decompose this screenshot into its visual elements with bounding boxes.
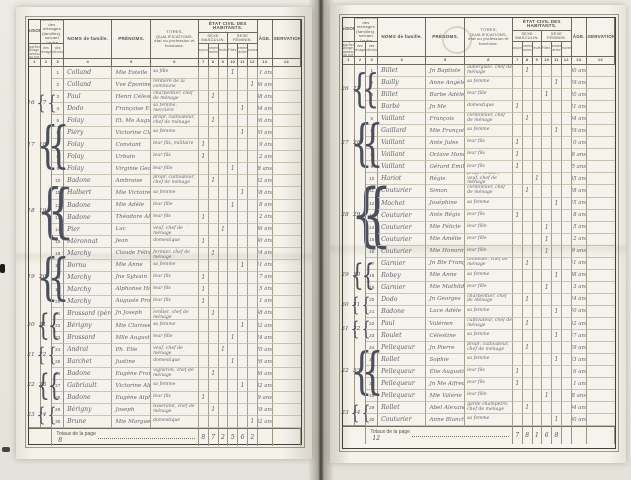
civil-tally-cell	[552, 234, 562, 246]
civil-tally-cell	[219, 392, 229, 404]
family-name: Piéry	[64, 127, 112, 139]
given-name: Virginie Georgette	[112, 163, 151, 175]
observation-cell	[587, 318, 615, 330]
group-brace: {	[48, 91, 51, 115]
given-name: Mie Victoire	[112, 187, 151, 199]
civil-tally-cell	[552, 161, 562, 173]
civil-tally-cell: 1	[513, 137, 523, 149]
title-qualification: leur fils	[151, 296, 199, 308]
civil-tally-cell: 1	[238, 103, 248, 115]
household-group: 32{	[355, 317, 366, 341]
civil-tally-cell: 1	[199, 236, 209, 248]
civil-tally-cell: 1	[552, 354, 562, 366]
civil-tally-cell	[228, 103, 238, 115]
civil-tally-cell	[523, 101, 533, 113]
age-cell: 8 ans	[572, 149, 587, 161]
civil-tally-cell	[209, 212, 219, 224]
household-number: 21	[39, 322, 46, 328]
observation-cell	[587, 65, 615, 77]
civil-tally-cell	[513, 113, 523, 125]
age-cell: 18 ans	[572, 210, 587, 222]
civil-tally-cell: 1	[199, 392, 209, 404]
civil-tally-cell: 1	[228, 332, 238, 344]
group-brace: {	[48, 343, 51, 367]
age-cell: 52 ans	[258, 175, 273, 187]
household-number: 32	[353, 326, 360, 332]
civil-tally-cell	[533, 294, 543, 306]
age-cell: 66 ans	[258, 79, 273, 91]
civil-tally-cell	[562, 294, 572, 306]
civil-tally-cell	[219, 91, 229, 103]
civil-tally-cell: 1	[238, 127, 248, 139]
observation-cell	[273, 151, 301, 163]
given-name: Régis	[426, 173, 465, 185]
group-brace: {	[362, 65, 365, 113]
given-name: Mie Honorine	[426, 246, 465, 258]
title-qualification: vigneron, chef de ménage	[151, 368, 199, 380]
civil-tally-cell	[219, 404, 229, 416]
civil-tally-cell	[513, 185, 523, 197]
civil-tally-cell	[199, 404, 209, 416]
civil-tally-cell	[562, 173, 572, 185]
observation-cell	[587, 354, 615, 366]
given-name: Célestine	[426, 330, 465, 342]
civil-tally-cell	[228, 187, 238, 199]
household-number: 23	[39, 382, 46, 388]
given-name: Françoise Eulalie	[112, 103, 151, 115]
given-name: Claude Félix	[112, 248, 151, 260]
given-name: Abel Alexandre	[426, 402, 465, 414]
title-qualification: leur fille	[465, 222, 513, 234]
age-cell: 40 ans	[258, 127, 273, 139]
observation-cell	[273, 103, 301, 115]
household-group: 28{	[355, 113, 366, 173]
civil-tally-cell	[552, 294, 562, 306]
household-group: 27{	[355, 65, 366, 113]
totals-label-cell: Totaux de la page8	[52, 428, 199, 446]
given-name: Ambroise	[112, 175, 151, 187]
household-group: 29{	[355, 173, 366, 257]
observation-cell	[587, 113, 615, 125]
family-name: Paul	[64, 91, 112, 103]
civil-tally-cell	[562, 354, 572, 366]
civil-tally-cell	[219, 67, 229, 79]
totals-value	[562, 426, 572, 444]
family-name: Brune	[64, 416, 112, 428]
observation-cell	[587, 246, 615, 258]
age-cell: 11 ans	[258, 296, 273, 308]
civil-tally-cell	[209, 332, 219, 344]
family-name: Pellequeur	[378, 390, 426, 402]
civil-tally-cell	[228, 404, 238, 416]
civil-tally-cell	[533, 318, 543, 330]
civil-tally-cell: 1	[199, 212, 209, 224]
civil-tally-cell	[219, 139, 229, 151]
age-cell: 36 ans	[258, 368, 273, 380]
civil-tally-cell	[248, 187, 258, 199]
family-name: Vaillant	[378, 161, 426, 173]
family-name: Bérigny	[64, 404, 112, 416]
header-civil-4: Femmes mariées.	[238, 44, 248, 59]
header-individus-sub: des individus	[52, 44, 64, 59]
age-cell: 43 ans	[572, 354, 587, 366]
title-qualification: propr. cultivateur, chef de ménage	[151, 175, 199, 187]
age-cell: 11 ans	[258, 67, 273, 79]
observation-cell	[273, 212, 301, 224]
title-qualification: sa femme	[151, 260, 199, 272]
header-etat-civil: ÉTAT CIVIL DES HABITANTS.	[199, 20, 258, 33]
civil-tally-cell: 1	[542, 390, 552, 402]
family-name: Folay	[64, 115, 112, 127]
given-name: Joséphine	[426, 198, 465, 210]
title-qualification: sa femme	[465, 198, 513, 210]
civil-tally-cell	[209, 127, 219, 139]
totals-value: 5	[228, 428, 238, 446]
header-titres: TITRES, QUALIFICATIONS, état ou professi…	[465, 18, 513, 57]
title-qualification: leur fils	[465, 366, 513, 378]
civil-tally-cell	[542, 65, 552, 77]
family-name: Marchy	[64, 272, 112, 284]
civil-tally-cell	[219, 127, 229, 139]
header-civil-5: Veuves.	[248, 44, 258, 59]
civil-tally-cell	[199, 187, 209, 199]
age-cell: 41 ans	[258, 260, 273, 272]
civil-tally-cell	[209, 187, 219, 199]
civil-tally-cell: 1	[542, 222, 552, 234]
age-cell: 16 ans	[572, 366, 587, 378]
civil-tally-cell: 1	[228, 67, 238, 79]
given-name: Barbe Adèle	[426, 89, 465, 101]
age-cell: 44 ans	[572, 294, 587, 306]
header-column-number: 6	[465, 57, 513, 65]
civil-tally-cell	[238, 139, 248, 151]
age-cell: 50 ans	[572, 414, 587, 426]
civil-tally-cell	[562, 161, 572, 173]
civil-tally-cell: 1	[248, 79, 258, 91]
given-name: Jn Me	[426, 101, 465, 113]
age-cell: 10 ans	[572, 137, 587, 149]
title-qualification: leur fille	[465, 390, 513, 402]
civil-tally-cell	[533, 258, 543, 270]
given-name: Mie Anne	[426, 270, 465, 282]
civil-tally-cell: 1	[199, 284, 209, 296]
age-cell: 30 ans	[258, 236, 273, 248]
civil-tally-cell	[228, 175, 238, 187]
civil-tally-cell	[562, 270, 572, 282]
given-name: Joseph	[112, 404, 151, 416]
observation-cell	[587, 222, 615, 234]
civil-tally-cell	[513, 402, 523, 414]
civil-tally-cell	[228, 139, 238, 151]
totals-observations-blank	[587, 426, 615, 444]
title-qualification: leur fils	[151, 212, 199, 224]
given-name: Anne Angèle	[426, 77, 465, 89]
header-column-number: 13	[572, 57, 587, 65]
civil-tally-cell	[562, 234, 572, 246]
civil-tally-cell: 1	[199, 272, 209, 284]
age-cell: 13 ans	[572, 282, 587, 294]
menage-number-column: 27{28{29{30{31{32{33{34{	[355, 65, 367, 426]
civil-tally-cell	[209, 67, 219, 79]
age-cell: 29 ans	[572, 125, 587, 137]
title-qualification: cultivateur, chef de ménage	[465, 318, 513, 330]
civil-tally-cell	[228, 320, 238, 332]
civil-tally-cell	[552, 378, 562, 390]
given-name: François	[426, 113, 465, 125]
civil-tally-cell	[513, 354, 523, 366]
title-qualification: sa femme	[465, 330, 513, 342]
civil-tally-cell	[513, 414, 523, 426]
given-name: Simon	[426, 185, 465, 197]
household-number: 16	[27, 100, 34, 106]
age-cell: 49 ans	[258, 404, 273, 416]
civil-tally-cell	[209, 139, 219, 151]
civil-tally-cell: 1	[228, 200, 238, 212]
civil-tally-cell	[562, 222, 572, 234]
civil-tally-cell	[552, 390, 562, 402]
civil-tally-cell	[228, 308, 238, 320]
civil-tally-cell: 1	[523, 294, 533, 306]
totals-value: 8	[523, 426, 533, 444]
civil-tally-cell	[533, 270, 543, 282]
age-cell: 54 ans	[572, 402, 587, 414]
civil-tally-cell	[238, 67, 248, 79]
civil-tally-cell	[248, 163, 258, 175]
civil-tally-cell	[238, 224, 248, 236]
civil-tally-cell	[552, 342, 562, 354]
header-maisons: MAISONS	[343, 18, 355, 42]
household-number: 29	[341, 272, 348, 278]
family-name: Dodo	[64, 103, 112, 115]
civil-tally-cell: 1	[238, 380, 248, 392]
title-qualification: ancien militaire, veuf, chef de ménage	[151, 344, 199, 356]
family-name: Badone	[64, 175, 112, 187]
header-sexe-masculin: SEXE MASCULIN.	[199, 33, 228, 44]
civil-tally-cell	[552, 113, 562, 125]
civil-tally-cell	[199, 175, 209, 187]
civil-tally-cell	[219, 248, 229, 260]
civil-tally-cell	[542, 137, 552, 149]
civil-tally-cell	[542, 210, 552, 222]
observation-cell	[273, 344, 301, 356]
civil-tally-cell	[248, 332, 258, 344]
civil-tally-cell	[542, 113, 552, 125]
observation-cell	[273, 416, 301, 428]
civil-tally-cell	[562, 101, 572, 113]
household-group: 34{	[355, 401, 366, 425]
group-brace: {	[48, 307, 51, 343]
observation-cell	[273, 404, 301, 416]
given-name: Jne Sylvain	[112, 272, 151, 284]
age-cell: 26 ans	[258, 356, 273, 368]
civil-tally-cell	[513, 306, 523, 318]
civil-tally-cell	[523, 222, 533, 234]
header-observations: OBSERVATIONS.	[587, 18, 615, 57]
civil-tally-cell	[209, 200, 219, 212]
title-qualification: cordonnier, chef de ménage	[465, 185, 513, 197]
household-number: 24	[39, 412, 46, 418]
title-qualification: sa femme	[465, 270, 513, 282]
civil-tally-cell	[238, 212, 248, 224]
given-name: Ante Régis	[426, 210, 465, 222]
group-brace: {	[48, 247, 51, 307]
civil-tally-cell	[219, 356, 229, 368]
household-number: 30	[353, 272, 360, 278]
header-titres: TITRES, QUALIFICATIONS, état ou professi…	[151, 20, 199, 59]
header-civil-1: Hommes mariés.	[209, 44, 219, 59]
observation-cell	[587, 402, 615, 414]
civil-tally-cell	[248, 404, 258, 416]
civil-tally-cell	[513, 318, 523, 330]
header-column-number: 13	[258, 59, 273, 67]
civil-tally-cell	[228, 248, 238, 260]
civil-tally-cell	[533, 234, 543, 246]
civil-tally-cell: 1	[228, 356, 238, 368]
age-cell: 18 ans	[258, 200, 273, 212]
civil-tally-cell	[542, 414, 552, 426]
household-number: 27	[353, 86, 360, 92]
civil-tally-cell	[219, 79, 229, 91]
civil-tally-cell: 1	[513, 378, 523, 390]
civil-tally-cell	[523, 330, 533, 342]
title-qualification: sa femme	[151, 320, 199, 332]
household-number: 31	[341, 326, 348, 332]
civil-tally-cell: 1	[513, 161, 523, 173]
age-cell: 34 ans	[572, 113, 587, 125]
civil-tally-cell: 1	[552, 125, 562, 137]
civil-tally-cell	[533, 185, 543, 197]
title-qualification: sa femme	[151, 380, 199, 392]
observation-cell	[273, 67, 301, 79]
age-cell: 20 ans	[572, 89, 587, 101]
observation-cell	[273, 260, 301, 272]
title-qualification: charpentier, chef de ménage	[151, 91, 199, 103]
civil-tally-cell: 1	[552, 414, 562, 426]
civil-tally-cell	[513, 173, 523, 185]
civil-tally-cell	[523, 246, 533, 258]
civil-tally-cell	[523, 282, 533, 294]
title-qualification: sa femme	[465, 354, 513, 366]
header-column-number: 5	[112, 59, 151, 67]
group-brace: {	[362, 341, 365, 401]
civil-tally-cell: 1	[209, 404, 219, 416]
civil-tally-cell	[238, 344, 248, 356]
civil-tally-cell	[219, 163, 229, 175]
civil-tally-cell	[209, 416, 219, 428]
title-qualification: leur fils	[465, 161, 513, 173]
given-name: Mie Marguerite	[112, 416, 151, 428]
civil-tally-cell	[199, 67, 209, 79]
age-cell: 48 ans	[258, 187, 273, 199]
civil-tally-cell	[523, 378, 533, 390]
title-qualification: sa femme	[151, 187, 199, 199]
scan-artifact	[2, 447, 10, 452]
civil-tally-cell	[199, 115, 209, 127]
civil-tally-cell	[562, 366, 572, 378]
civil-tally-cell	[209, 260, 219, 272]
civil-tally-cell	[552, 366, 562, 378]
given-name: Sophie	[426, 354, 465, 366]
civil-tally-cell: 1	[219, 224, 229, 236]
family-name: Badone	[64, 392, 112, 404]
age-cell: 52 ans	[258, 320, 273, 332]
civil-tally-cell	[228, 212, 238, 224]
header-column-number: 14	[587, 57, 615, 65]
given-name: Mie Adèle	[112, 200, 151, 212]
civil-tally-cell	[199, 308, 209, 320]
row-number: 2	[52, 79, 64, 91]
civil-tally-cell	[228, 236, 238, 248]
civil-tally-cell	[533, 378, 543, 390]
header-column-number: 12	[562, 57, 572, 65]
civil-tally-cell: 1	[523, 65, 533, 77]
given-name: Gérard Émile	[426, 161, 465, 173]
civil-tally-cell	[248, 284, 258, 296]
civil-tally-cell	[562, 258, 572, 270]
given-name: Valérien	[426, 318, 465, 330]
household-number: 22	[39, 352, 46, 358]
given-name: Alphonse Honoré	[112, 284, 151, 296]
civil-tally-cell	[533, 390, 543, 402]
household-number: 20	[27, 322, 34, 328]
header-column-number: 12	[248, 59, 258, 67]
civil-tally-cell	[248, 151, 258, 163]
civil-tally-cell: 1	[513, 366, 523, 378]
civil-tally-cell	[542, 77, 552, 89]
totals-value: 6	[238, 428, 248, 446]
observation-cell	[587, 185, 615, 197]
household-group: 20{	[41, 247, 52, 307]
observation-cell	[273, 356, 301, 368]
title-qualification: cultivateur fermier, chef de ménage	[151, 248, 199, 260]
observation-cell	[273, 332, 301, 344]
given-name: Eugène François	[112, 368, 151, 380]
given-name: Mie Estelle	[112, 67, 151, 79]
group-brace: {	[48, 175, 51, 247]
title-qualification: leur fils	[465, 210, 513, 222]
civil-tally-cell	[533, 222, 543, 234]
civil-tally-cell	[248, 392, 258, 404]
title-qualification: domestique	[151, 356, 199, 368]
civil-tally-cell	[513, 77, 523, 89]
household-number: 28	[341, 212, 348, 218]
menage-number-column: 17{18{19{20{21{22{23{24{	[41, 67, 53, 428]
civil-tally-cell: 1	[523, 342, 533, 354]
civil-tally-cell	[238, 332, 248, 344]
title-qualification: sa femme	[465, 414, 513, 426]
observation-cell	[273, 272, 301, 284]
observation-cell	[273, 392, 301, 404]
title-qualification: leur fille	[151, 163, 199, 175]
civil-tally-cell	[513, 89, 523, 101]
family-name: Robey	[378, 270, 426, 282]
family-name: Bérigny	[64, 320, 112, 332]
title-qualification: propr. cultivateur, chef de ménage	[151, 115, 199, 127]
title-qualification: leur fils	[151, 272, 199, 284]
civil-tally-cell	[562, 113, 572, 125]
title-qualification: propr. rentier, veuf, chef de ménage	[465, 173, 513, 185]
civil-tally-cell	[552, 137, 562, 149]
household-number: 23	[27, 412, 34, 418]
civil-tally-cell	[533, 282, 543, 294]
given-name: Victorine Aline	[112, 380, 151, 392]
civil-tally-cell	[209, 296, 219, 308]
civil-tally-cell	[552, 65, 562, 77]
civil-tally-cell	[209, 151, 219, 163]
civil-tally-cell	[533, 125, 543, 137]
age-cell: 62 ans	[258, 416, 273, 428]
header-prenoms: PRÉNOMS.	[112, 20, 151, 59]
